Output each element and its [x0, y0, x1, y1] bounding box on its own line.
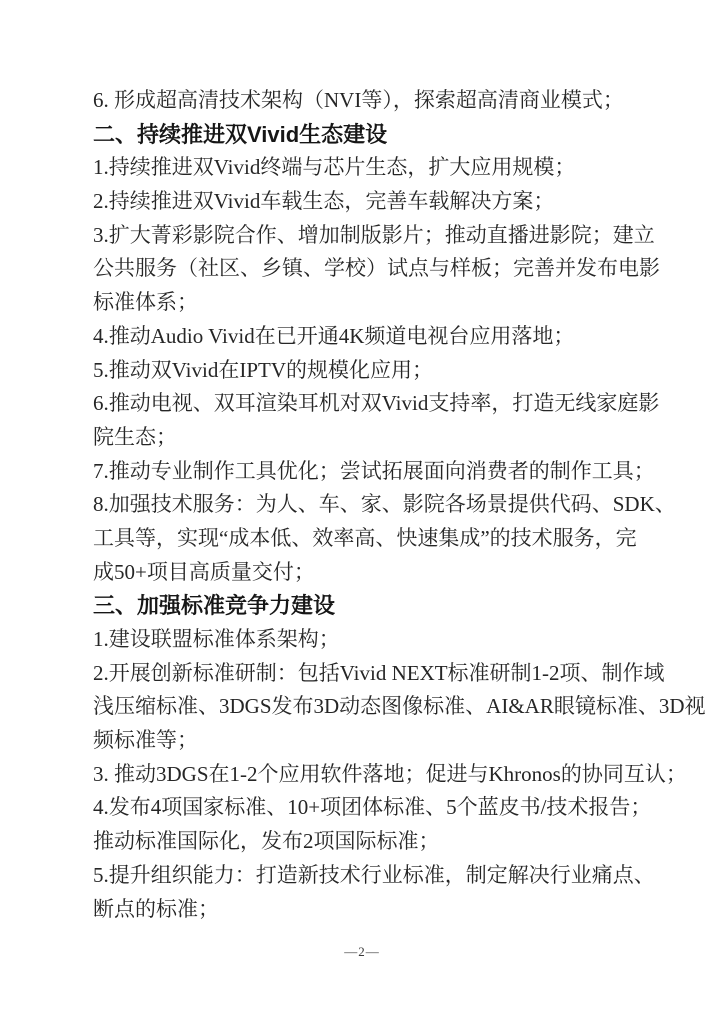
section-heading: 二、持续推进双Vivid生态建设 — [93, 118, 624, 152]
document-line: 3.扩大菁彩影院合作、增加制版影片；推动直播进影院；建立 — [93, 219, 624, 253]
document-line: 标准体系； — [93, 286, 624, 320]
document-line: 断点的标准； — [93, 893, 624, 927]
document-line: 8.加强技术服务：为人、车、家、影院各场景提供代码、SDK、 — [93, 488, 624, 522]
document-line: 5.提升组织能力：打造新技术行业标准，制定解决行业痛点、 — [93, 859, 624, 893]
document-line: 4.发布4项国家标准、10+项团体标准、5个蓝皮书/技术报告； — [93, 791, 624, 825]
document-line: 频标准等； — [93, 724, 624, 758]
document-line: 3. 推动3DGS在1-2个应用软件落地；促进与Khronos的协同互认； — [93, 758, 624, 792]
document-content: 6. 形成超高清技术架构（NVI等），探索超高清商业模式； 二、持续推进双Viv… — [93, 84, 624, 926]
document-line: 工具等，实现“成本低、效率高、快速集成”的技术服务，完 — [93, 522, 624, 556]
document-page: 6. 形成超高清技术架构（NVI等），探索超高清商业模式； 二、持续推进双Viv… — [0, 0, 724, 1024]
document-line: 成50+项目高质量交付； — [93, 556, 624, 590]
document-line: 1.持续推进双Vivid终端与芯片生态，扩大应用规模； — [93, 151, 624, 185]
document-line: 2.持续推进双Vivid车载生态，完善车载解决方案； — [93, 185, 624, 219]
document-line: 6.推动电视、双耳渲染耳机对双Vivid支持率，打造无线家庭影 — [93, 387, 624, 421]
document-line: 7.推动专业制作工具优化；尝试拓展面向消费者的制作工具； — [93, 455, 624, 489]
document-line: 1.建设联盟标准体系架构； — [93, 623, 624, 657]
section-heading: 三、加强标准竞争力建设 — [93, 589, 624, 623]
document-line: 6. 形成超高清技术架构（NVI等），探索超高清商业模式； — [93, 84, 624, 118]
document-line: 4.推动Audio Vivid在已开通4K频道电视台应用落地； — [93, 320, 624, 354]
document-line: 2.开展创新标准研制：包括Vivid NEXT标准研制1-2项、制作域 — [93, 657, 624, 691]
document-line: 推动标准国际化，发布2项国际标准； — [93, 825, 624, 859]
document-line: 5.推动双Vivid在IPTV的规模化应用； — [93, 354, 624, 388]
document-line: 公共服务（社区、乡镇、学校）试点与样板；完善并发布电影 — [93, 252, 624, 286]
document-line: 浅压缩标准、3DGS发布3D动态图像标准、AI&AR眼镜标准、3D视 — [93, 690, 624, 724]
document-line: 院生态； — [93, 421, 624, 455]
page-number: —2— — [0, 941, 724, 963]
